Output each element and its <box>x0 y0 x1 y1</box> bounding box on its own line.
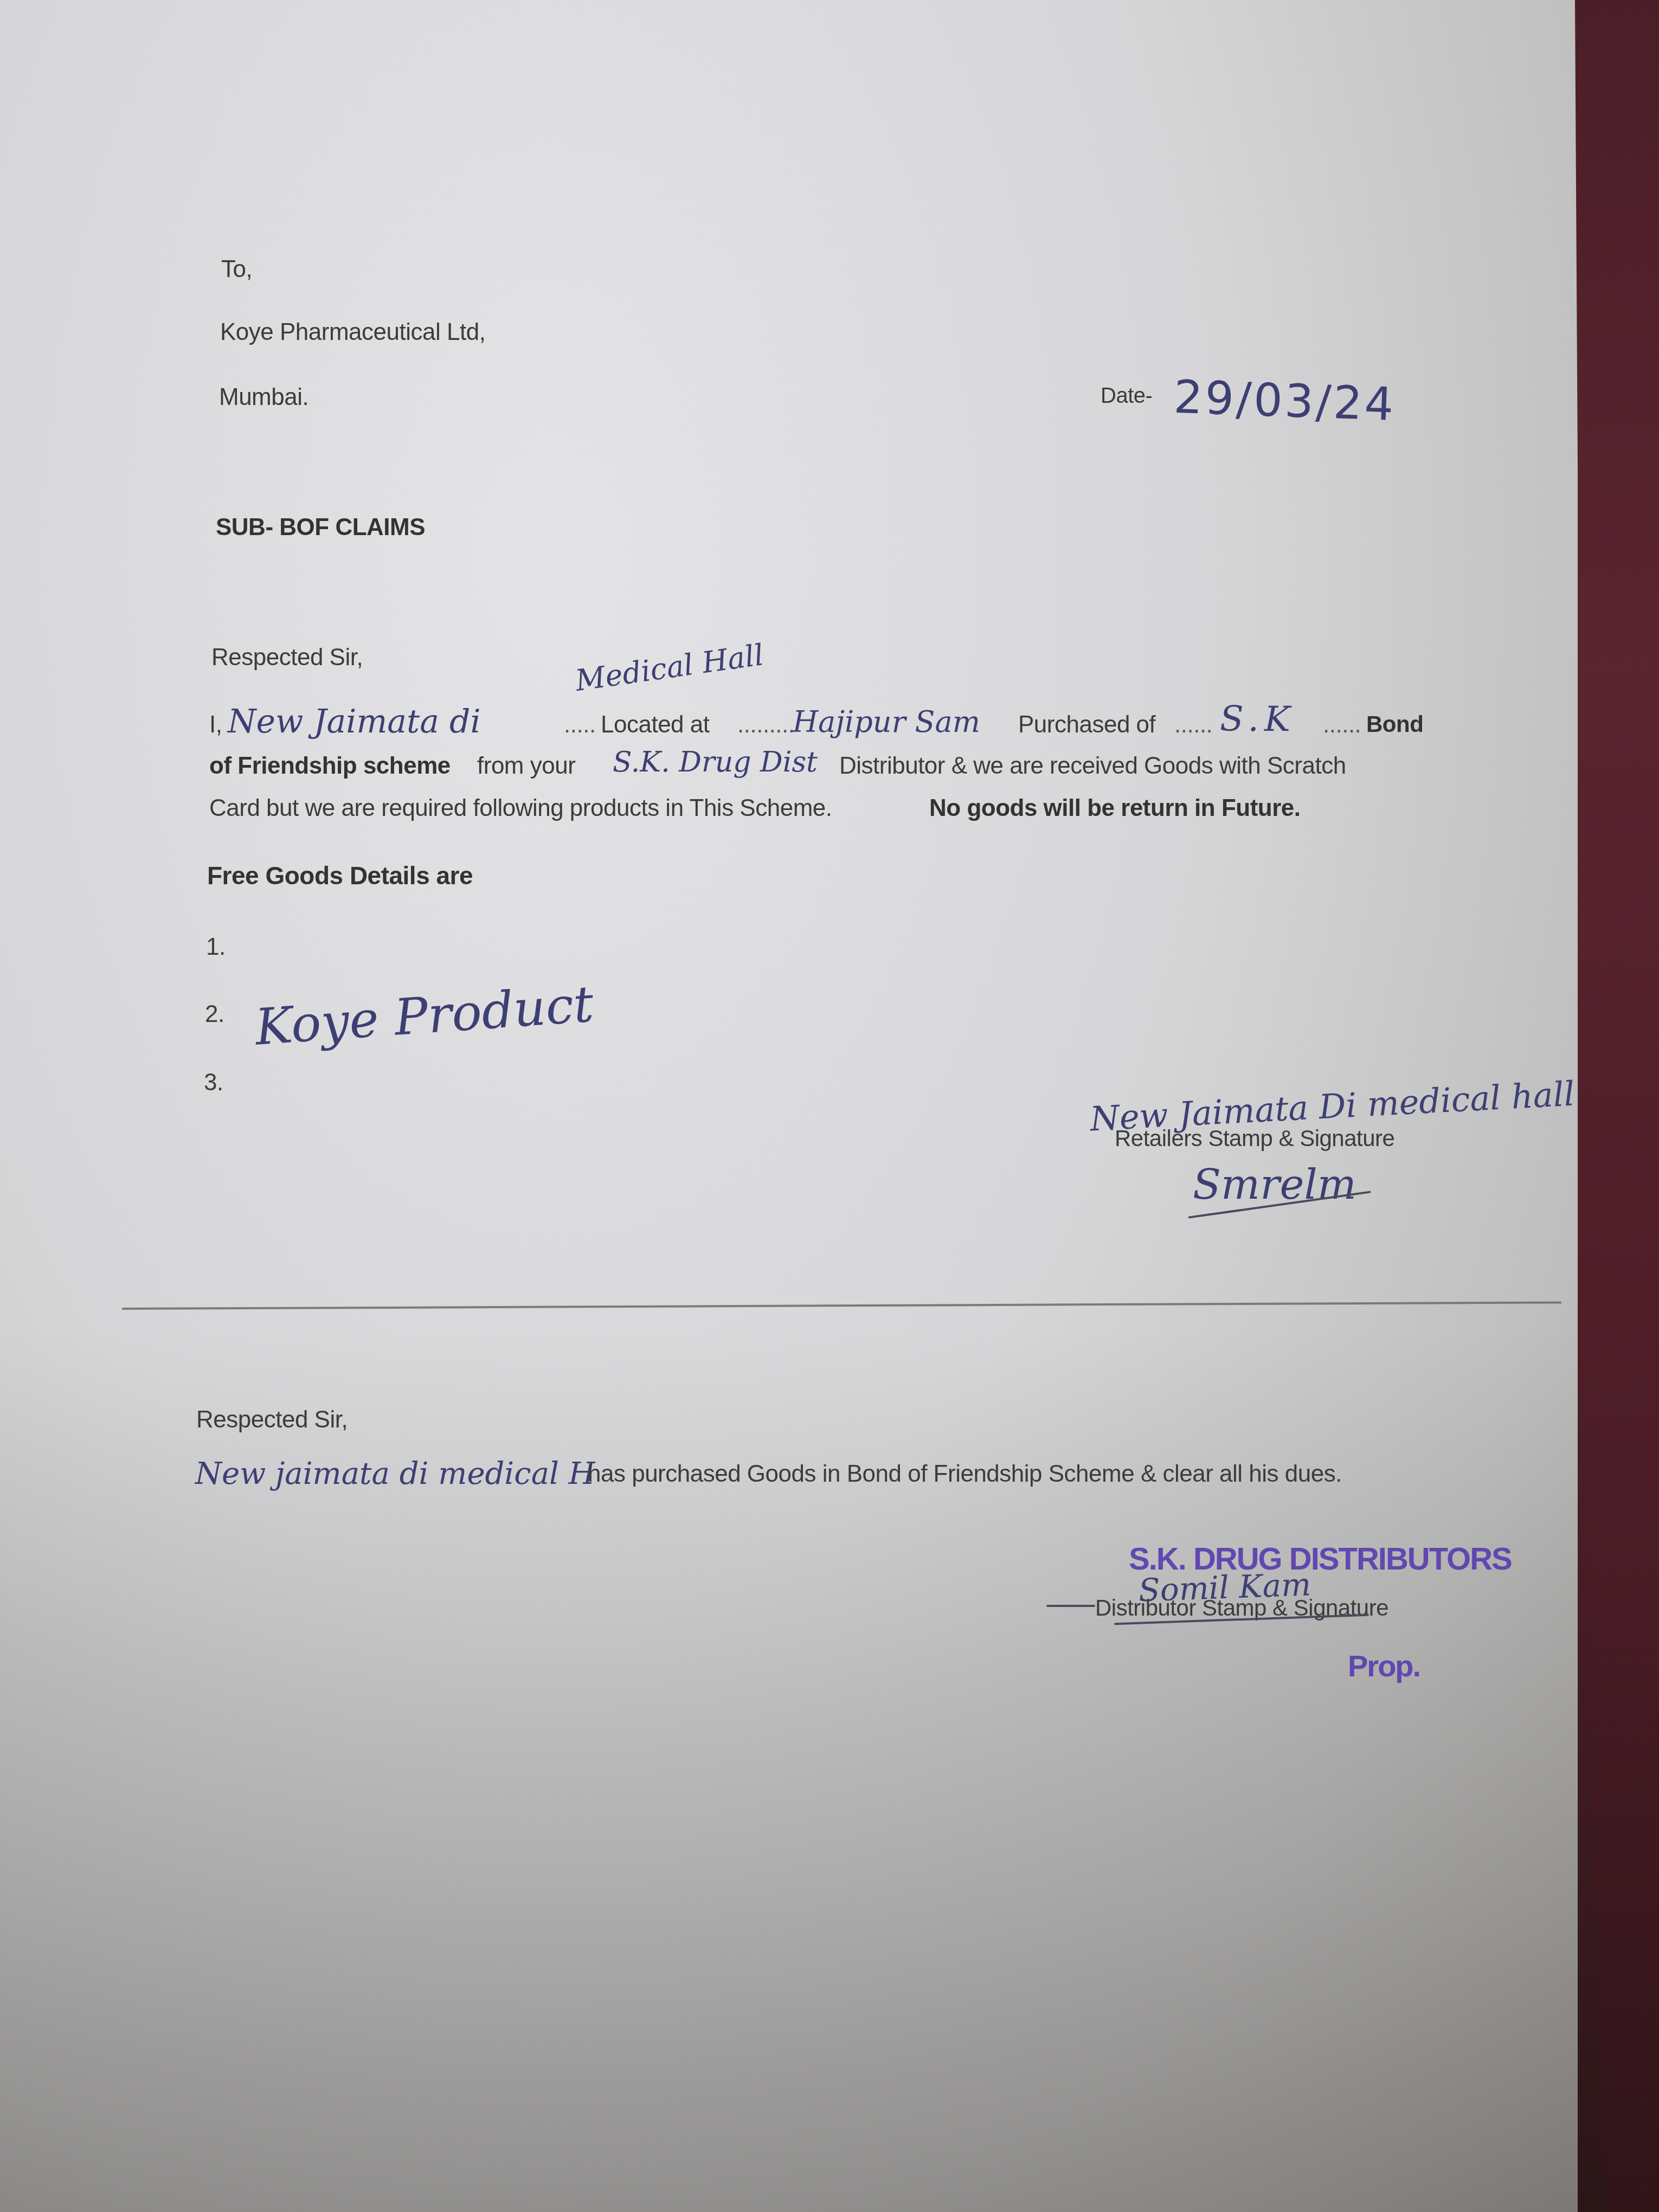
location-field: Hajipur Sam <box>793 705 980 739</box>
date-value: 29/03/24 <box>1173 370 1396 431</box>
free-goods-heading: Free Goods Details are <box>207 861 473 890</box>
retailer-salutation: Respected Sir, <box>211 644 363 671</box>
distributor-salutation: Respected Sir, <box>196 1406 348 1433</box>
addressee-company: Koye Pharmaceutical Ltd, <box>220 319 485 346</box>
bond-dots: ...... <box>1323 711 1361 738</box>
free-goods-number-2: 2. <box>205 1001 224 1028</box>
retailer-signature: Smrelm <box>1193 1160 1356 1208</box>
confirmed-retailer-name: New jaimata di medical H <box>195 1456 595 1491</box>
line1-prefix: I, <box>209 711 222 738</box>
subject-line: SUB- BOF CLAIMS <box>216 514 425 541</box>
located-at-label: Located at <box>601 711 710 738</box>
purchased-of-field: S.K <box>1220 699 1296 740</box>
distributor-stamp-label: Distributor Stamp & Signature <box>1095 1595 1388 1621</box>
purchased-of-label: Purchased of <box>1018 711 1155 738</box>
addressee-city: Mumbai. <box>219 384 308 411</box>
confirmation-text: has purchased Goods in Bond of Friendshi… <box>588 1461 1342 1488</box>
required-products-text: Card but we are required following produ… <box>209 795 832 822</box>
date-label: Date- <box>1101 384 1152 408</box>
distributor-stamp-prop: Prop. <box>1348 1648 1420 1683</box>
retailer-stamp-label: Retailers Stamp & Signature <box>1115 1126 1394 1152</box>
addressee-to: To, <box>221 256 252 283</box>
no-return-notice: No goods will be return in Future. <box>929 795 1301 822</box>
bond-label: Bond <box>1366 711 1423 737</box>
free-goods-number-3: 3. <box>204 1069 223 1096</box>
distributor-text: Distributor & we are received Goods with… <box>839 753 1346 780</box>
distributor-signature-stroke-left <box>1046 1605 1095 1607</box>
from-your-label: from your <box>477 753 575 780</box>
free-goods-number-1: 1. <box>206 934 226 961</box>
located-dots: ..... <box>564 711 596 738</box>
purchased-of-dots: ...... <box>1174 711 1212 738</box>
scheme-name: of Friendship scheme <box>209 753 451 780</box>
distributor-name-field: S.K. Drug Dist <box>613 746 818 779</box>
retailer-name-field: New Jaimata di <box>228 703 481 741</box>
location-dots: ......... <box>737 711 795 738</box>
